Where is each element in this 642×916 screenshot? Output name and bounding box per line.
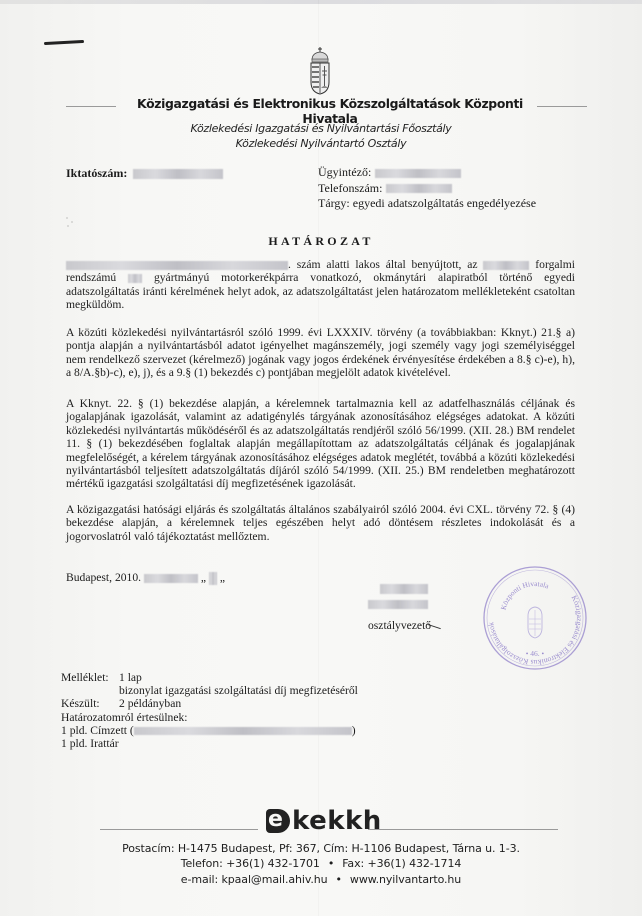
stamp-number: • 46. • xyxy=(526,649,545,658)
footer-phone-fax: Telefon: +36(1) 432-1701•Fax: +36(1) 432… xyxy=(0,857,642,870)
attachment-description: bizonylat igazgatási szolgáltatási díj m… xyxy=(61,684,358,697)
case-officer: Ügyintéző: xyxy=(318,165,536,181)
footer-logo-row: e kekkh xyxy=(0,803,642,837)
redacted-day xyxy=(209,572,217,585)
paragraph-1-part-c: gyártmányú motorkerékpárra vonatkozó, ok… xyxy=(66,271,575,311)
footer-phone: Telefon: +36(1) 432-1701 xyxy=(181,857,320,870)
scan-edge xyxy=(0,0,642,4)
attachment-label: Melléklet: xyxy=(61,671,119,684)
footer-email[interactable]: e-mail: kpaal@mail.ahiv.hu xyxy=(181,873,328,886)
copies-row: Készült:2 példányban xyxy=(61,697,358,710)
divider-line xyxy=(66,106,116,107)
divider-line xyxy=(537,106,587,107)
enclosures-block: Melléklet:1 lap bizonylat igazgatási szo… xyxy=(61,671,358,750)
redacted-signer-name xyxy=(368,600,428,609)
redacted-month xyxy=(144,574,198,583)
department-name: Közlekedési Igazgatási és Nyilvántartási… xyxy=(0,122,642,135)
footer-contact: e-mail: kpaal@mail.ahiv.hu•www.nyilvanta… xyxy=(0,873,642,886)
bullet-separator: • xyxy=(328,873,350,886)
scan-speckle xyxy=(65,216,75,228)
recipient-suffix: ) xyxy=(352,724,356,737)
redacted-make xyxy=(128,274,142,283)
redacted-recipient xyxy=(134,727,352,735)
redacted-registration-value xyxy=(133,169,223,179)
phone-label: Telefonszám: xyxy=(318,181,382,195)
divider-line xyxy=(100,829,258,830)
date-line: Budapest, 2010. „ „ xyxy=(66,571,225,585)
date-separator: „ xyxy=(220,571,225,584)
bullet-separator: • xyxy=(320,857,342,870)
document-page: Közigazgatási és Elektronikus Közszolgál… xyxy=(0,0,642,916)
paragraph-2: A közúti közlekedési nyilvántartásról sz… xyxy=(66,326,575,380)
date-prefix: Budapest, 2010. xyxy=(66,571,141,584)
phone: Telefonszám: xyxy=(318,181,536,197)
attachment-row: Melléklet:1 lap xyxy=(61,671,358,684)
subject-value: egyedi adatszolgáltatás engedélyezése xyxy=(353,196,536,210)
paragraph-4: A közigazgatási hatósági eljárás és szol… xyxy=(66,503,575,543)
kekkh-logo: e kekkh xyxy=(266,805,382,837)
copies-label: Készült: xyxy=(61,697,119,710)
footer-website[interactable]: www.nyilvantarto.hu xyxy=(350,873,461,886)
recipient-prefix: 1 pld. Címzett ( xyxy=(61,724,134,737)
registration-label: Iktatószám: xyxy=(66,166,127,180)
archive-row: 1 pld. Irattár xyxy=(61,737,358,750)
footer-postal-address: Postacím: H-1475 Budapest, Pf: 367, Cím:… xyxy=(0,842,642,855)
date-separator: „ xyxy=(201,571,206,584)
registration-number: Iktatószám: xyxy=(66,166,223,181)
recipient-row: 1 pld. Címzett () xyxy=(61,724,358,737)
document-title: HATÁROZAT xyxy=(0,234,642,249)
redacted-case-officer xyxy=(375,169,461,178)
paragraph-1: . szám alatti lakos által benyújtott, az… xyxy=(66,258,575,312)
notified-label: Határozatomról értesülnek: xyxy=(61,711,358,724)
logo-e-icon: e xyxy=(266,809,290,833)
copies-value: 2 példányban xyxy=(119,697,181,710)
paragraph-3: A Kknyt. 22. § (1) bekezdése alapján, a … xyxy=(66,397,575,491)
paragraph-1-part-a: . szám alatti lakos által benyújtott, az xyxy=(288,258,478,271)
divider-line xyxy=(368,829,558,830)
signer-title: osztályvezető xyxy=(368,619,431,632)
redacted-plate xyxy=(483,261,529,270)
subject: Tárgy: egyedi adatszolgáltatás engedélye… xyxy=(318,196,536,212)
case-meta: Ügyintéző: Telefonszám: Tárgy: egyedi ad… xyxy=(318,165,536,212)
official-stamp-icon: Közigazgatási és Elektronikus Közszolgál… xyxy=(481,564,589,672)
subject-label: Tárgy: xyxy=(318,196,350,210)
coat-of-arms-icon xyxy=(307,46,333,96)
attachment-value: 1 lap xyxy=(119,671,142,684)
redacted-phone xyxy=(386,184,452,193)
sub-department-name: Közlekedési Nyilvántartó Osztály xyxy=(0,137,642,150)
footer-fax: Fax: +36(1) 432-1714 xyxy=(342,857,461,870)
redacted-applicant xyxy=(66,261,288,270)
agency-header: Közigazgatási és Elektronikus Közszolgál… xyxy=(0,95,642,117)
svg-text:Központi Hivatala: Központi Hivatala xyxy=(499,579,551,611)
pen-mark xyxy=(44,40,84,45)
redacted-signature xyxy=(380,584,428,594)
case-officer-label: Ügyintéző: xyxy=(318,165,371,179)
logo-text: kekkh xyxy=(292,805,382,837)
